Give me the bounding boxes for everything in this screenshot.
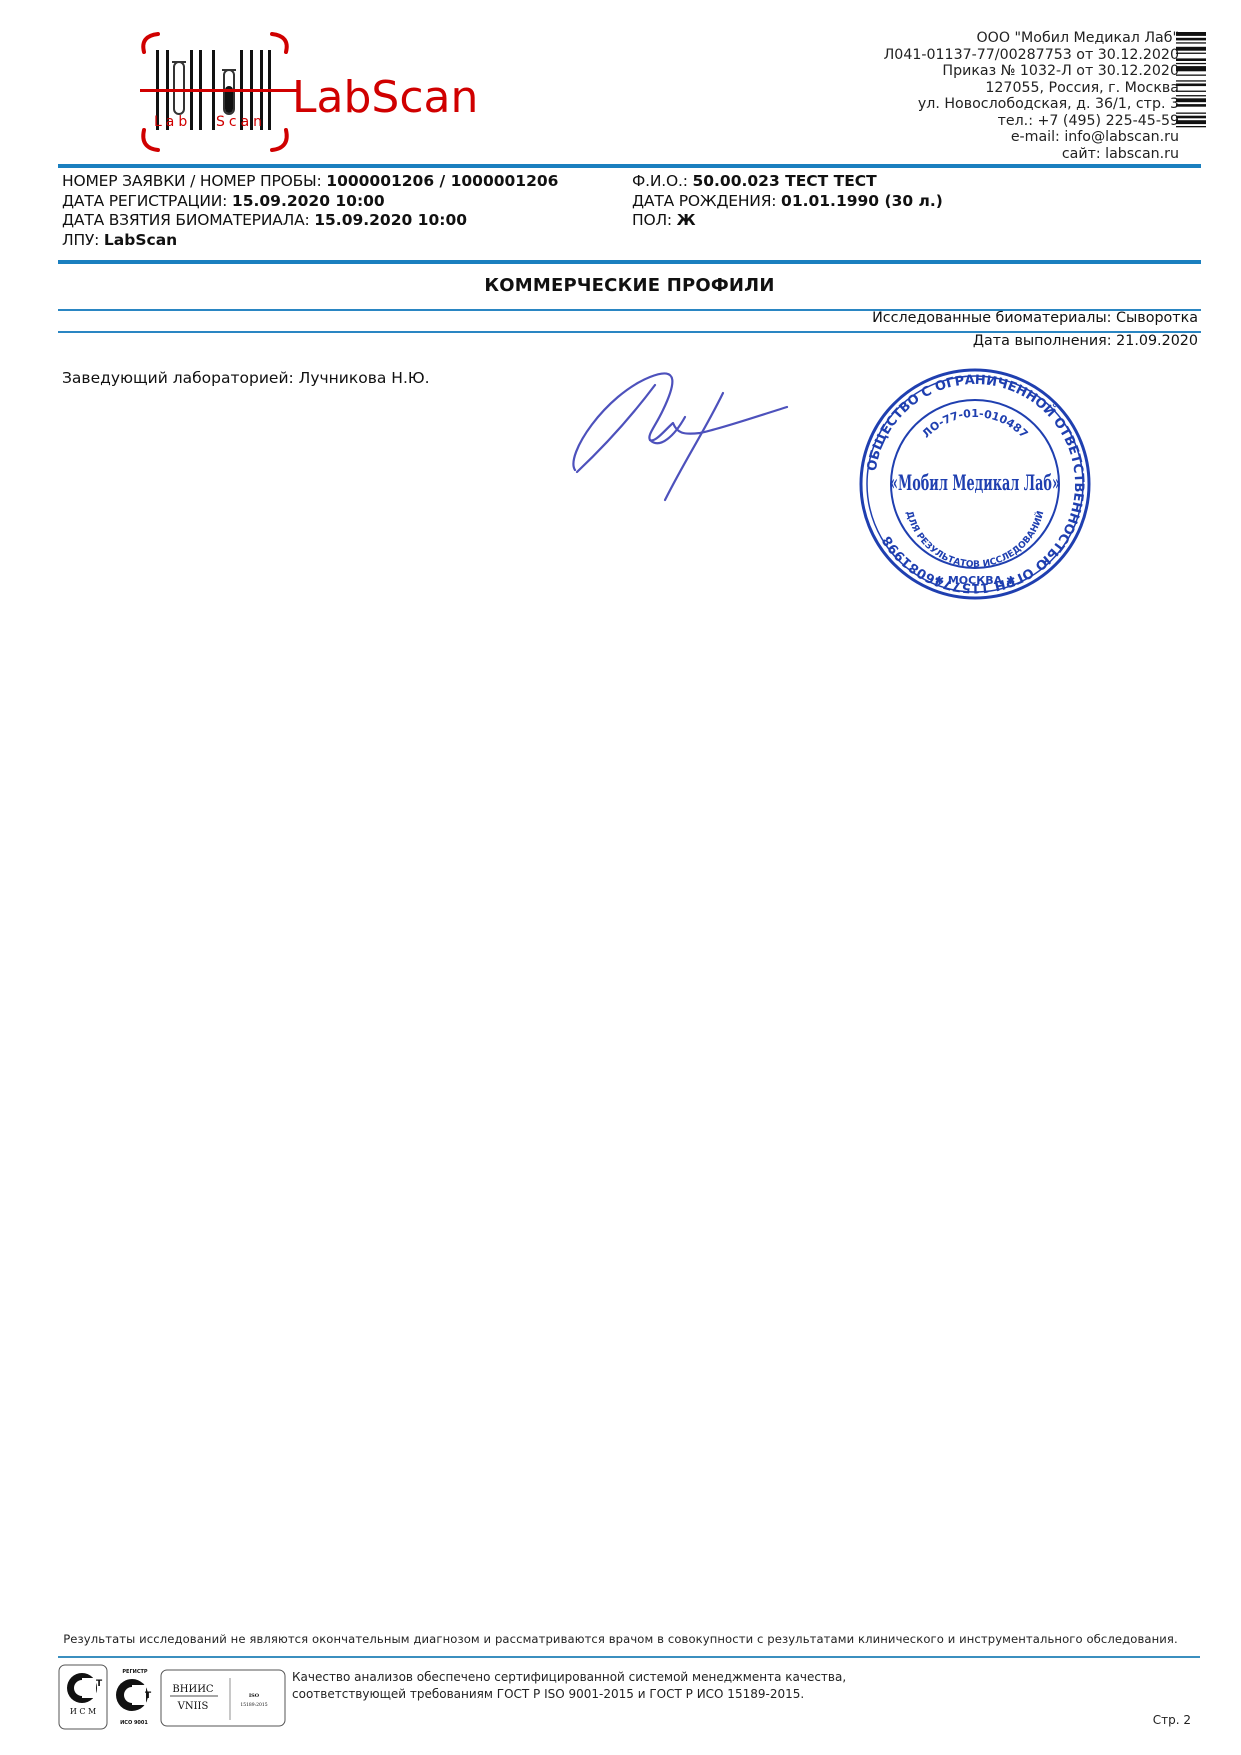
patient-info: Ф.И.О.: 50.00.023 ТЕСТ ТЕСТ ДАТА РОЖДЕНИ…: [632, 172, 943, 231]
stamp-inner-bottom-text: ДЛЯ РЕЗУЛЬТАТОВ ИССЛЕДОВАНИЙ: [904, 509, 1047, 570]
registration-date-value: 15.09.2020 10:00: [232, 192, 385, 210]
certification-badges: Т И С М РЕГИСТР Т ИСО 9001 ВНИИС VNIIS I…: [58, 1664, 288, 1732]
barcode-icon: [1176, 32, 1206, 160]
order-number-row: НОМЕР ЗАЯВКИ / НОМЕР ПРОБЫ: 1000001206 /…: [62, 172, 558, 192]
svg-text:ЛО-77-01-010487: ЛО-77-01-010487: [920, 407, 1031, 441]
vniis-iso-badge-icon: ВНИИС VNIIS ISO 15189:2015: [161, 1670, 285, 1726]
svg-text:Т: Т: [96, 1679, 103, 1689]
patient-name-row: Ф.И.О.: 50.00.023 ТЕСТ ТЕСТ: [632, 172, 943, 192]
stamp-center-text: «Мобил Медикал Лаб»: [890, 470, 1060, 495]
logo-wordmark: LabScan: [292, 72, 478, 123]
company-license: Л041-01137-77/00287753 от 30.12.2020: [884, 47, 1179, 64]
labscan-logo: Lab Scan LabScan: [130, 30, 510, 155]
disclaimer-text: Результаты исследований не являются окон…: [0, 1632, 1241, 1646]
biomaterials-label: Исследованные биоматериалы: Сыворотка: [872, 310, 1198, 326]
pct-icm-badge-icon: Т И С М: [59, 1665, 107, 1729]
svg-text:ДЛЯ РЕЗУЛЬТАТОВ ИССЛЕДОВАНИЙ: ДЛЯ РЕЗУЛЬТАТОВ ИССЛЕДОВАНИЙ: [904, 509, 1047, 570]
svg-text:ВНИИС: ВНИИС: [172, 1684, 214, 1695]
stamp-license: ЛО-77-01-010487: [920, 407, 1031, 441]
svg-text:И С М: И С М: [70, 1707, 96, 1716]
svg-text:Т: Т: [145, 1691, 152, 1701]
clinic-row: ЛПУ: LabScan: [62, 231, 558, 251]
svg-text:РЕГИСТР: РЕГИСТР: [122, 1669, 148, 1675]
company-name: ООО "Мобил Медикал Лаб": [884, 30, 1179, 47]
birth-date-value: 01.01.1990 (30 л.): [781, 192, 943, 210]
registration-date-row: ДАТА РЕГИСТРАЦИИ: 15.09.2020 10:00: [62, 192, 558, 212]
pct-registry-badge-icon: РЕГИСТР Т ИСО 9001: [116, 1669, 152, 1726]
svg-text:15189:2015: 15189:2015: [240, 1702, 267, 1708]
company-street: ул. Новослободская, д. 36/1, стр. 3: [884, 96, 1179, 113]
company-website: сайт: labscan.ru: [884, 146, 1179, 163]
stamp-city: ✱ МОСКВА ✱: [935, 574, 1015, 587]
svg-text:ISO: ISO: [249, 1693, 260, 1699]
official-stamp-icon: ОБЩЕСТВО С ОГРАНИЧЕННОЙ ОТВЕТСТВЕННОСТЬЮ…: [855, 362, 1095, 607]
company-phone: тел.: +7 (495) 225-45-59: [884, 113, 1179, 130]
company-city: 127055, Россия, г. Москва: [884, 80, 1179, 97]
logo-small-text-left: Lab: [154, 114, 191, 130]
sex-row: ПОЛ: Ж: [632, 211, 943, 231]
barcode-test-tube-icon: [130, 30, 300, 155]
company-info: ООО "Мобил Медикал Лаб" Л041-01137-77/00…: [884, 30, 1179, 162]
collection-date-row: ДАТА ВЗЯТИЯ БИОМАТЕРИАЛА: 15.09.2020 10:…: [62, 211, 558, 231]
signature-icon: [555, 355, 795, 510]
order-number-value: 1000001206 / 1000001206: [326, 172, 558, 190]
completion-date: Дата выполнения: 21.09.2020: [973, 333, 1198, 349]
svg-text:ИСО 9001: ИСО 9001: [120, 1720, 148, 1726]
quality-statement: Качество анализов обеспечено сертифициро…: [292, 1669, 846, 1703]
header-divider: [58, 164, 1201, 168]
page-number: Стр. 2: [1153, 1713, 1191, 1727]
order-info: НОМЕР ЗАЯВКИ / НОМЕР ПРОБЫ: 1000001206 /…: [62, 172, 558, 250]
patient-name-value: 50.00.023 ТЕСТ ТЕСТ: [692, 172, 876, 190]
company-email: e-mail: info@labscan.ru: [884, 129, 1179, 146]
clinic-value: LabScan: [104, 231, 177, 249]
footer-divider: [58, 1656, 1200, 1658]
svg-text:VNIIS: VNIIS: [177, 1701, 209, 1712]
title-top-divider: [58, 260, 1201, 264]
head-of-lab: Заведующий лабораторией: Лучникова Н.Ю.: [62, 369, 430, 387]
collection-date-value: 15.09.2020 10:00: [314, 211, 467, 229]
company-order: Приказ № 1032-Л от 30.12.2020: [884, 63, 1179, 80]
logo-small-text-right: Scan: [216, 114, 266, 130]
sex-value: Ж: [677, 211, 696, 229]
birth-date-row: ДАТА РОЖДЕНИЯ: 01.01.1990 (30 л.): [632, 192, 943, 212]
section-title: КОММЕРЧЕСКИЕ ПРОФИЛИ: [0, 275, 1241, 296]
